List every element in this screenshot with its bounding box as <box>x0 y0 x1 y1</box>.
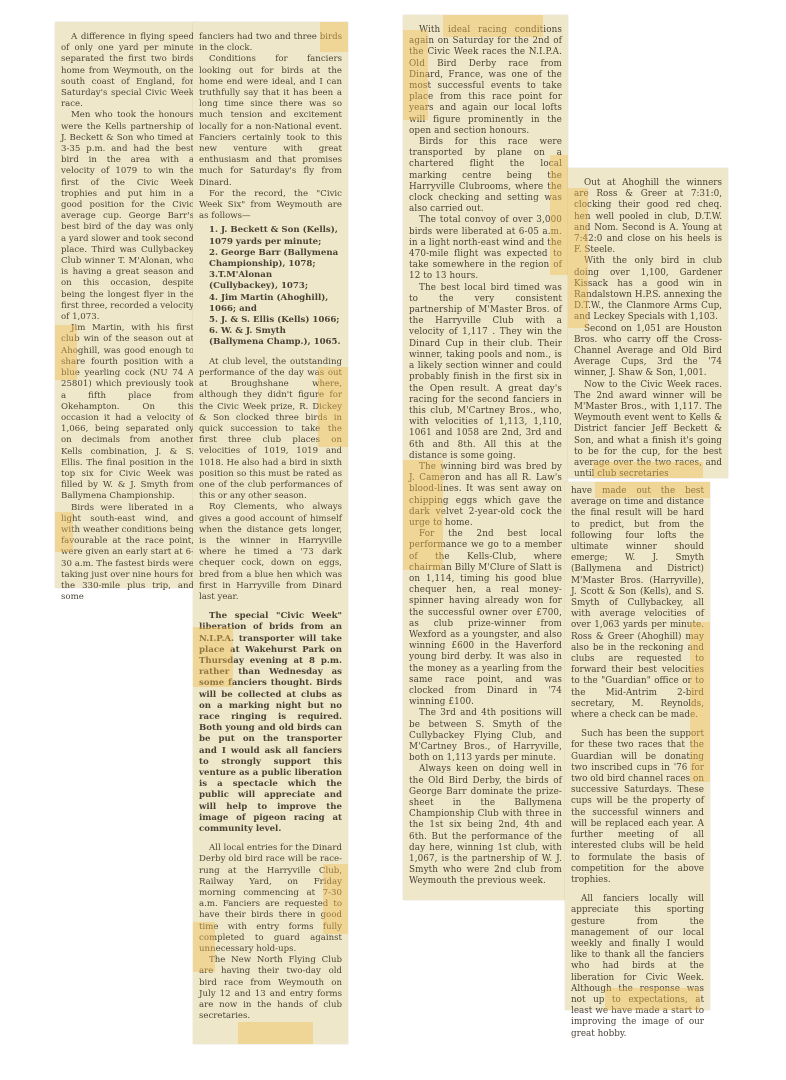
paragraph: Birds for this race were transported by … <box>409 137 562 215</box>
paragraph: The New North Flying Club are having the… <box>199 955 342 1022</box>
result-item: 4. Jim Martin (Ahoghill), 1066; and <box>199 293 342 315</box>
paragraph: Always keen on doing well in the Old Bir… <box>409 764 562 887</box>
paragraph: With the only bird in club doing over 1,… <box>574 256 722 323</box>
paragraph: Now to the Civic Week races. The 2nd awa… <box>574 380 722 481</box>
result-item: 3.T.M'Alonan (Cullybackey), 1073; <box>199 270 342 292</box>
paragraph: The best local bird timed was to the ver… <box>409 283 562 462</box>
paragraph: All fanciers locally will appreciate thi… <box>571 894 704 1040</box>
paragraph: Roy Clements, who always gives a good ac… <box>199 502 342 603</box>
paragraph: Out at Ahoghill the winners are Ross & G… <box>574 178 722 256</box>
paragraph: At club level, the outstanding performan… <box>199 357 342 503</box>
result-item: 1. J. Beckett & Son (Kells), 1079 yards … <box>199 225 342 247</box>
paragraph: Conditions for fanciers looking out for … <box>199 54 342 188</box>
paragraph: Second on 1,051 are Houston Bros. who ca… <box>574 324 722 380</box>
paragraph: The winning bird was bred by J. Cameron … <box>409 462 562 529</box>
clipping-dinard-derby-report: With ideal racing conditions again on Sa… <box>403 15 568 900</box>
result-item: 5. J. & S. Ellis (Kells) 1066; <box>199 315 342 326</box>
result-item: 2. George Barr (Ballymena Championship),… <box>199 248 342 270</box>
paragraph: For the record, the "Civic Week Six" fro… <box>199 189 342 223</box>
paragraph: With ideal racing conditions again on Sa… <box>409 25 562 137</box>
clipping-ahoghill-results: Out at Ahoghill the winners are Ross & G… <box>568 168 728 478</box>
paragraph: The total convoy of over 3,000 birds wer… <box>409 215 562 282</box>
paragraph: have made out the best average on time a… <box>571 486 704 721</box>
paragraph: For the 2nd best local performance we go… <box>409 529 562 708</box>
clipping-civic-week-six: fanciers had two and three birds in the … <box>193 22 348 1044</box>
paragraph: Jim Martin, with his first club win of t… <box>61 323 194 502</box>
paragraph: The 3rd and 4th positions will be betwee… <box>409 708 562 764</box>
paragraph: Such has been the support for these two … <box>571 729 704 886</box>
paragraph: fanciers had two and three birds in the … <box>199 32 342 54</box>
clipping-civic-week-cups: have made out the best average on time a… <box>565 482 710 1010</box>
paragraph: A difference in flying speed of only one… <box>61 32 194 110</box>
tape-mark <box>238 1022 313 1044</box>
clipping-weymouth-race-report: A difference in flying speed of only one… <box>55 22 200 588</box>
result-item: 6. W. & J. Smyth (Ballymena Champ.), 106… <box>199 326 342 348</box>
paragraph: Birds were liberated in a light south-ea… <box>61 503 194 604</box>
results-list: 1. J. Beckett & Son (Kells), 1079 yards … <box>199 225 342 348</box>
notice-paragraph: The special "Civic Week" liberation of b… <box>199 611 342 835</box>
paragraph: All local entries for the Dinard Derby o… <box>199 843 342 955</box>
paragraph: Men who took the honours were the Kells … <box>61 110 194 323</box>
